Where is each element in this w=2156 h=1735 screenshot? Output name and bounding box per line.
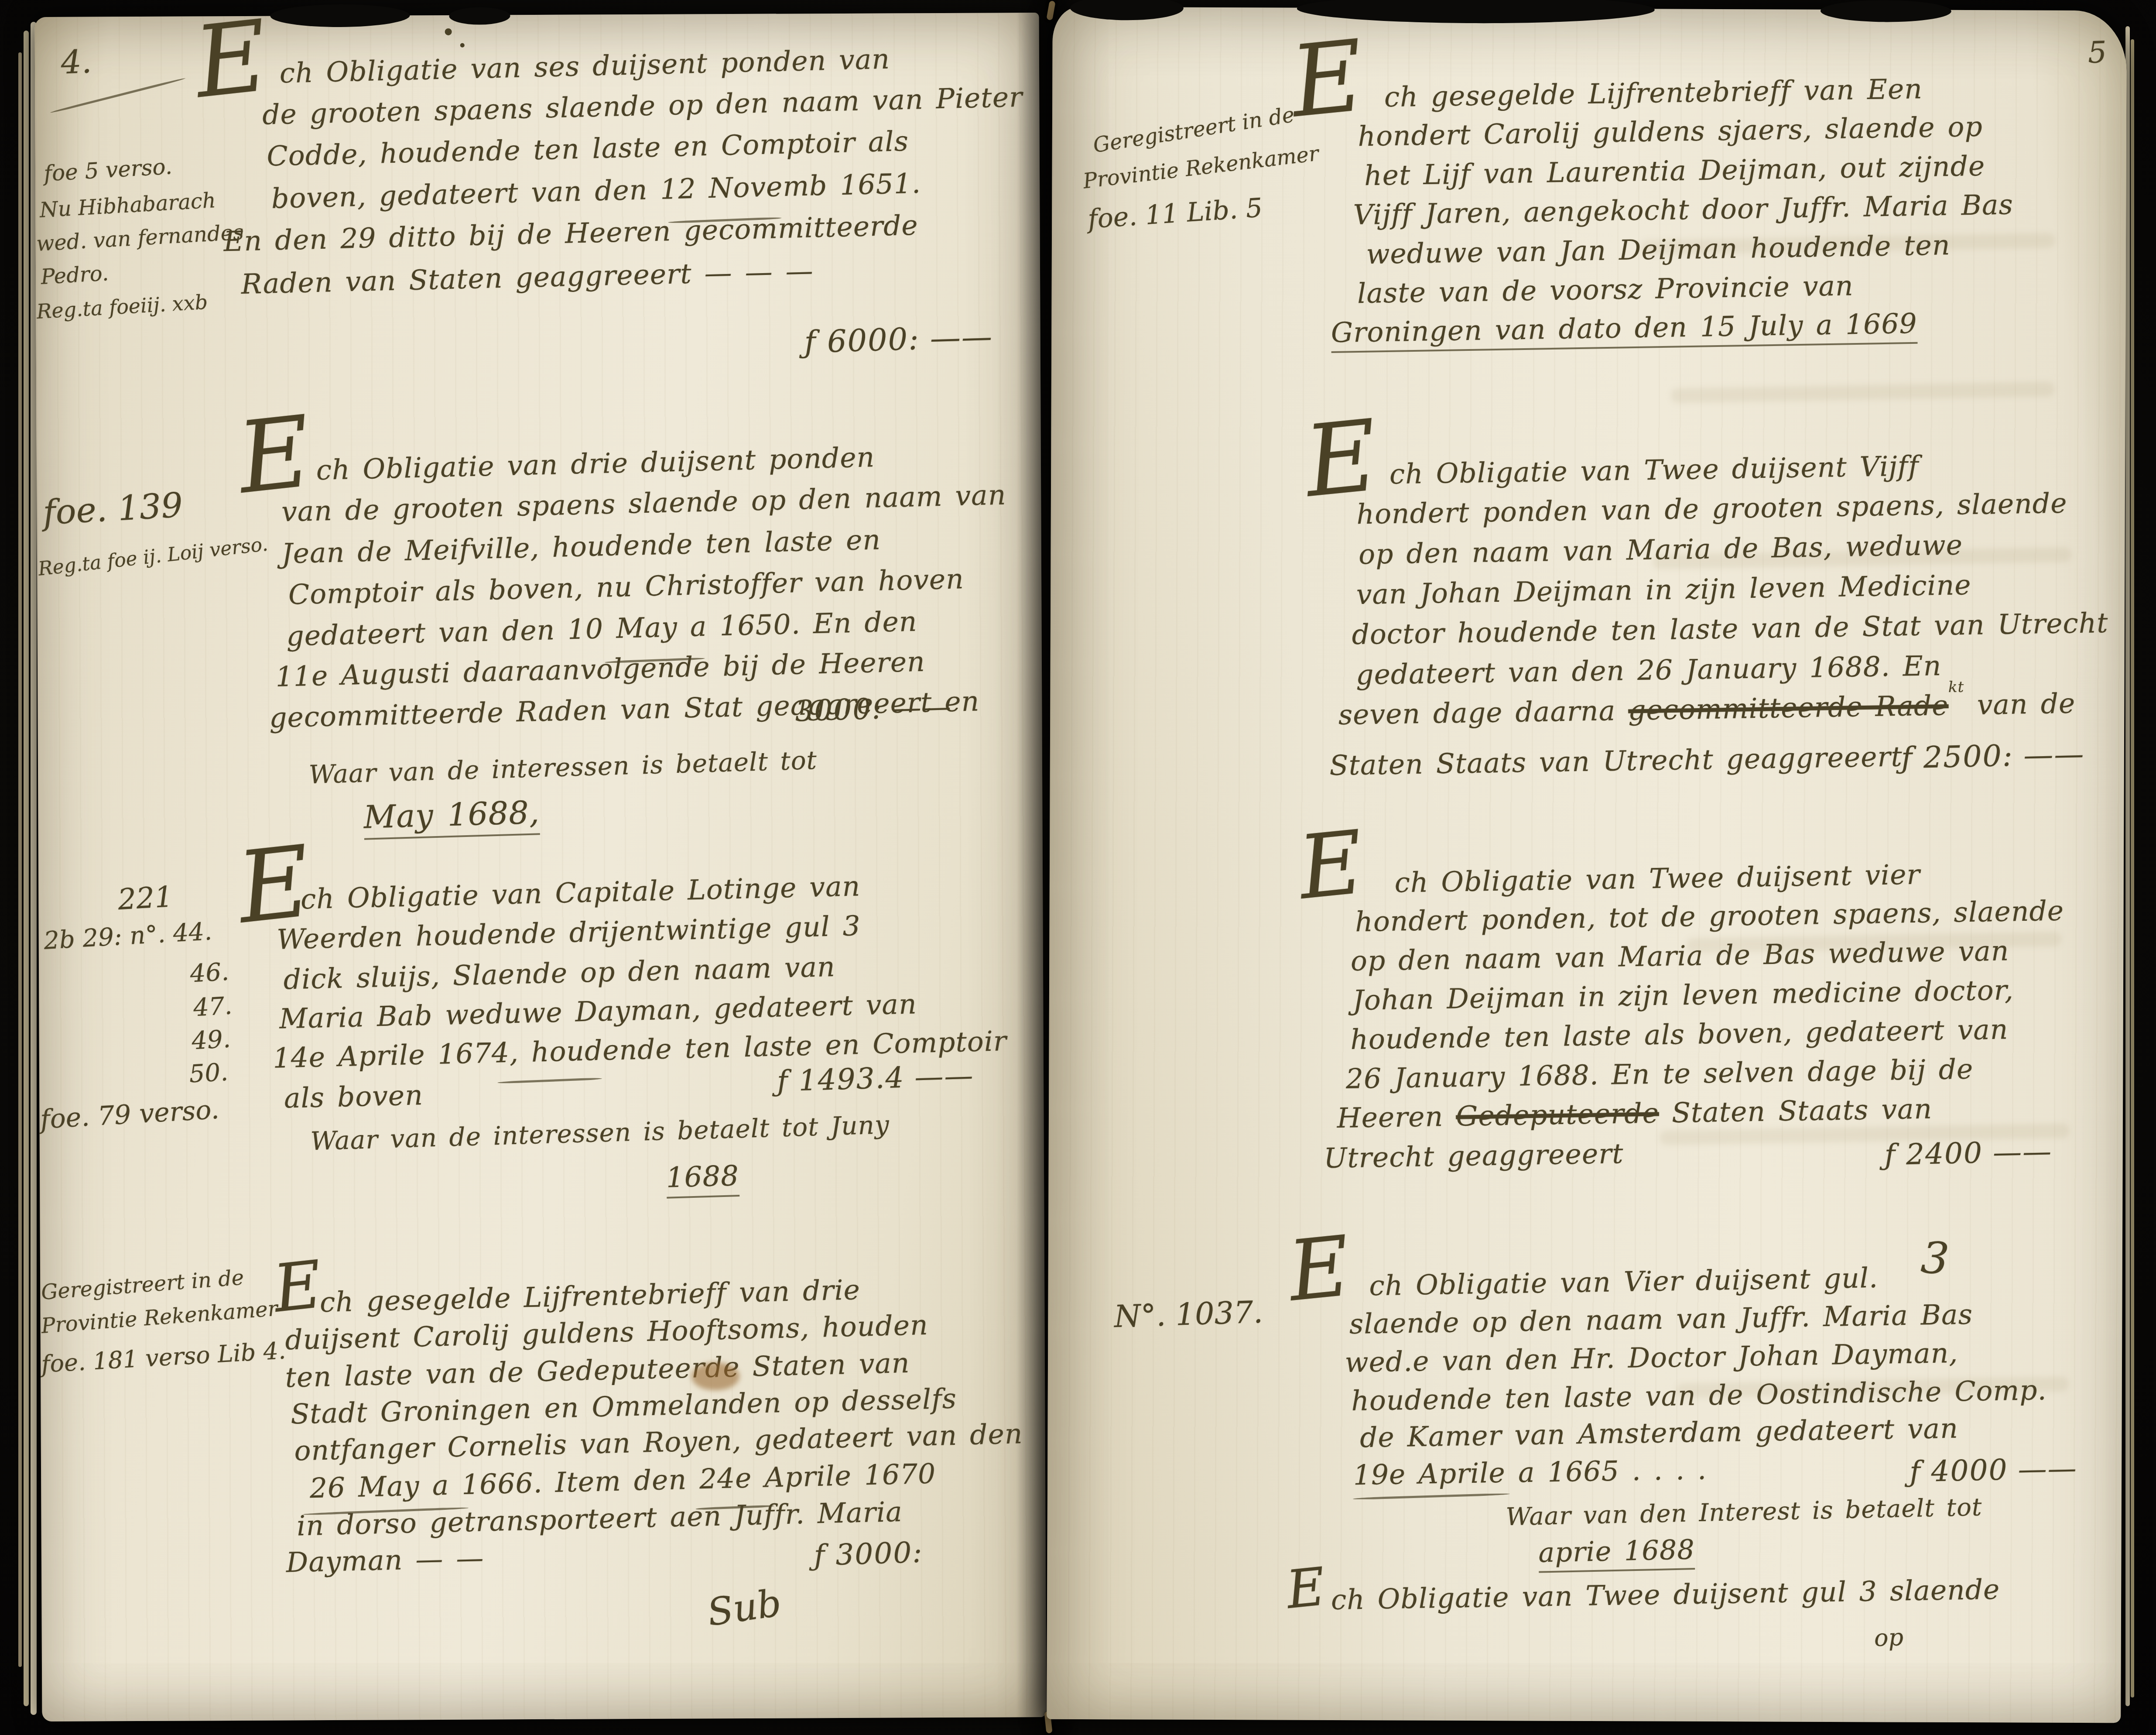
- amount-value: ƒ 3000:: [814, 1536, 924, 1573]
- entry-line: hondert ponden van de grooten spaens, sl…: [1356, 487, 2067, 531]
- struck-text: gecommitteerde Rade: [1628, 689, 1949, 727]
- margin-note: 49.: [191, 1025, 232, 1055]
- page-stack-edge: [2125, 26, 2130, 1706]
- amount-value: 3000: ——: [794, 689, 952, 728]
- entry-line: Utrecht geaggreeert: [1324, 1138, 1624, 1174]
- amount-value: ƒ 1493.4 ——: [777, 1059, 974, 1098]
- entry-line: van Johan Deijman in zijn leven Medicine: [1356, 569, 1971, 610]
- entry-line: ch Obligatie van drie duijsent ponden: [316, 441, 875, 486]
- entry-line: Staten Staats van Utrecht geaggreeert: [1329, 741, 1903, 782]
- initial-capital: E: [1286, 1237, 1352, 1302]
- foxing-stain: [691, 1362, 739, 1390]
- entry-line: ch Obligatie van ses duijsent ponden van: [279, 43, 890, 89]
- entry-line: gedateert van den 26 January 1688. En: [1356, 650, 1942, 691]
- entry-line: laste van de voorsz Provincie van: [1357, 270, 1854, 309]
- margin-note: Provintie Rekenkamer: [40, 1296, 278, 1338]
- strike-post: Staten Staats van: [1659, 1093, 1932, 1129]
- folio-flourish: [50, 77, 186, 114]
- margin-note: wed. van fernandes: [36, 220, 244, 256]
- entry-line: de grooten spaens slaende op den naam va…: [262, 81, 1023, 131]
- entry-line: wed.e van den Hr. Doctor Johan Dayman,: [1345, 1337, 1958, 1378]
- margin-note: foe 5 verso.: [43, 154, 173, 186]
- entry-line: ch gesegelde Lijfrentebrieff van drie: [319, 1274, 860, 1318]
- entry-line: in dorso getransporteert aen Juffr. Mari…: [296, 1496, 903, 1542]
- entry-line: slaende op den naam van Juffr. Maria Bas: [1349, 1299, 1973, 1340]
- entry-line: 26 January 1688. En te selven dage bij d…: [1345, 1053, 1973, 1095]
- entry-line: Maria Bab weduwe Dayman, gedateert van: [279, 988, 917, 1035]
- interest-note: Waar van den Interest is betaelt tot: [1506, 1493, 1982, 1531]
- entry-line: Johan Deijman in zijn leven medicine doc…: [1352, 974, 2014, 1016]
- margin-note: 2b 29: n°. 44.: [43, 917, 213, 955]
- entry-line: ch gesegelde Lijfrentebrieff van Een: [1384, 73, 1923, 113]
- entry-line: Vijff Jaren, aengekocht door Juffr. Mari…: [1353, 189, 2013, 231]
- margin-note: 46.: [189, 957, 230, 988]
- entry-line: boven, gedateert van den 12 Novemb 1651.: [271, 168, 921, 215]
- amount-value: ƒ 2400 ——: [1884, 1135, 2053, 1172]
- correction-superscript: kt: [1948, 678, 1964, 696]
- entry-line: ch Obligatie van Twee duijsent gul 3 sla…: [1331, 1574, 2000, 1616]
- initial-capital: E: [1302, 420, 1380, 498]
- interest-note: 1688: [666, 1160, 739, 1199]
- pen-flourish: Sub: [705, 1581, 784, 1635]
- strike-post: van de: [1964, 687, 2076, 721]
- entry-line: op den naam van Maria de Bas weduwe van: [1350, 935, 2009, 977]
- amount-value: ƒ 6000: ——: [804, 319, 993, 360]
- initial-capital: E: [192, 21, 271, 99]
- margin-note: N°. 1037.: [1114, 1294, 1264, 1335]
- torn-edge: [1821, 0, 1951, 22]
- margin-note: 221: [117, 880, 174, 916]
- margin-note: Reg.ta foeiij. xxb: [36, 290, 208, 323]
- entry-line: gedateert van den 10 May a 1650. En den: [286, 605, 918, 652]
- entry-line: hondert Carolij guldens sjaers, slaende …: [1358, 111, 1983, 152]
- struck-text: Gedeputeerde: [1456, 1097, 1660, 1132]
- entry-line: hondert ponden, tot de grooten spaens, s…: [1355, 895, 2064, 938]
- pen-flourish: 3: [1920, 1232, 1951, 1285]
- date-underline: [497, 1077, 602, 1084]
- entry-line: En den 29 ditto bij de Heeren gecommitte…: [223, 209, 919, 258]
- entry-line: 11e Augusti daaraanvolgende bij de Heere…: [275, 646, 925, 693]
- entry-line: Weerden houdende drijentwintige gul 3: [277, 910, 861, 956]
- right-page: 5 E ch gesegelde Lijfrentebrieff van Een…: [1047, 7, 2127, 1723]
- entry-line: dick sluijs, Slaende op den naam van: [283, 951, 836, 996]
- entry-line: Codde, houdende ten laste en Comptoir al…: [267, 125, 909, 172]
- entry-line: weduwe van Jan Deijman houdende ten: [1366, 229, 1951, 270]
- margin-note: foe. 79 verso.: [39, 1094, 220, 1135]
- left-page: 4. E ch Obligatie van ses duijsent ponde…: [34, 13, 1046, 1721]
- margin-note: Geregistreert in de: [40, 1265, 245, 1304]
- entry-line: Jean de Meifville, houdende ten laste en: [281, 524, 881, 569]
- strike-pre: Heeren: [1337, 1101, 1456, 1134]
- entry-line: ch Obligatie van Vier duijsent gul.: [1369, 1262, 1879, 1302]
- interest-note: May 1688,: [363, 794, 540, 840]
- entry-line: houdende ten laste van de Oostindische C…: [1351, 1374, 2047, 1417]
- entry-line: het Lijf van Laurentia Deijman, out zijn…: [1364, 150, 1985, 192]
- interest-note: aprie 1688: [1538, 1533, 1695, 1573]
- catchword: op: [1874, 1623, 1904, 1652]
- entry-line: Groningen van dato den 15 July a 1669: [1331, 308, 1917, 353]
- entry-line: 19e Aprile a 1665 . . . .: [1353, 1454, 1707, 1491]
- entry-line-corrected: seven dage daarna gecommitteerde Radekt …: [1338, 687, 2075, 731]
- strike-pre: seven dage daarna: [1338, 695, 1628, 731]
- interest-note: Waar van de interessen is betaelt tot: [308, 745, 818, 790]
- page-number-left: 4.: [60, 43, 92, 82]
- amount-value: ƒ 4000 ——: [1909, 1451, 2077, 1489]
- entry-line: ch Obligatie van Capitale Lotinge van: [300, 870, 861, 915]
- margin-note: Pedro.: [40, 261, 109, 289]
- torn-edge: [270, 4, 410, 27]
- margin-note: foe. 11 Lib. 5: [1087, 192, 1263, 234]
- entry-line: houdende ten laste als boven, gedateert …: [1350, 1013, 2009, 1056]
- torn-edge: [1070, 0, 1184, 21]
- entry-line: ch Obligatie van Twee duijsent vier: [1394, 859, 1920, 899]
- margin-note: foe. 181 verso Lib 4.: [41, 1337, 287, 1378]
- margin-note: Reg.ta foe ij. Loij verso.: [37, 533, 269, 580]
- amount-value: ƒ 2500: ——: [1901, 737, 2085, 776]
- page-stack-edge: [2131, 39, 2134, 1697]
- entry-line: doctor houdende ten laste van de Stat va…: [1352, 607, 2108, 651]
- page-number-right: 5: [2088, 35, 2108, 70]
- page-stack-edge: [18, 52, 22, 1667]
- page-stack-edge: [24, 31, 29, 1706]
- date-underline: [1353, 1493, 1510, 1500]
- entry-line: Raden van Staten geaggreeert — — —: [241, 255, 814, 300]
- entry-line: Dayman — —: [286, 1542, 484, 1579]
- initial-capital: E: [1288, 41, 1367, 118]
- entry-line: de Kamer van Amsterdam gedateert van: [1360, 1413, 1959, 1454]
- entry-line: ch Obligatie van Twee duijsent Vijff: [1389, 450, 1919, 490]
- ink-spot: [460, 43, 465, 48]
- margin-note: foe. 139: [42, 486, 184, 533]
- initial-capital: E: [1285, 1568, 1327, 1610]
- entry-line: van de grooten spaens slaende op den naa…: [281, 479, 1006, 528]
- entry-line: Comptoir als boven, nu Christoffer van h…: [288, 563, 964, 610]
- margin-note: 50.: [188, 1058, 229, 1088]
- ink-spot: [445, 28, 452, 35]
- initial-capital: E: [1296, 831, 1366, 900]
- initial-capital: E: [235, 416, 314, 494]
- margin-note: Nu Hibhabarach: [39, 188, 216, 223]
- torn-edge: [449, 7, 510, 25]
- initial-capital: E: [271, 1261, 324, 1313]
- manuscript-photo: 4. E ch Obligatie van ses duijsent ponde…: [0, 0, 2156, 1735]
- margin-note: 47.: [192, 991, 233, 1022]
- interest-note: Waar van de interessen is betaelt tot Ju…: [310, 1110, 890, 1156]
- entry-line: als boven: [284, 1079, 423, 1114]
- bleed-through-text: [1671, 382, 2055, 403]
